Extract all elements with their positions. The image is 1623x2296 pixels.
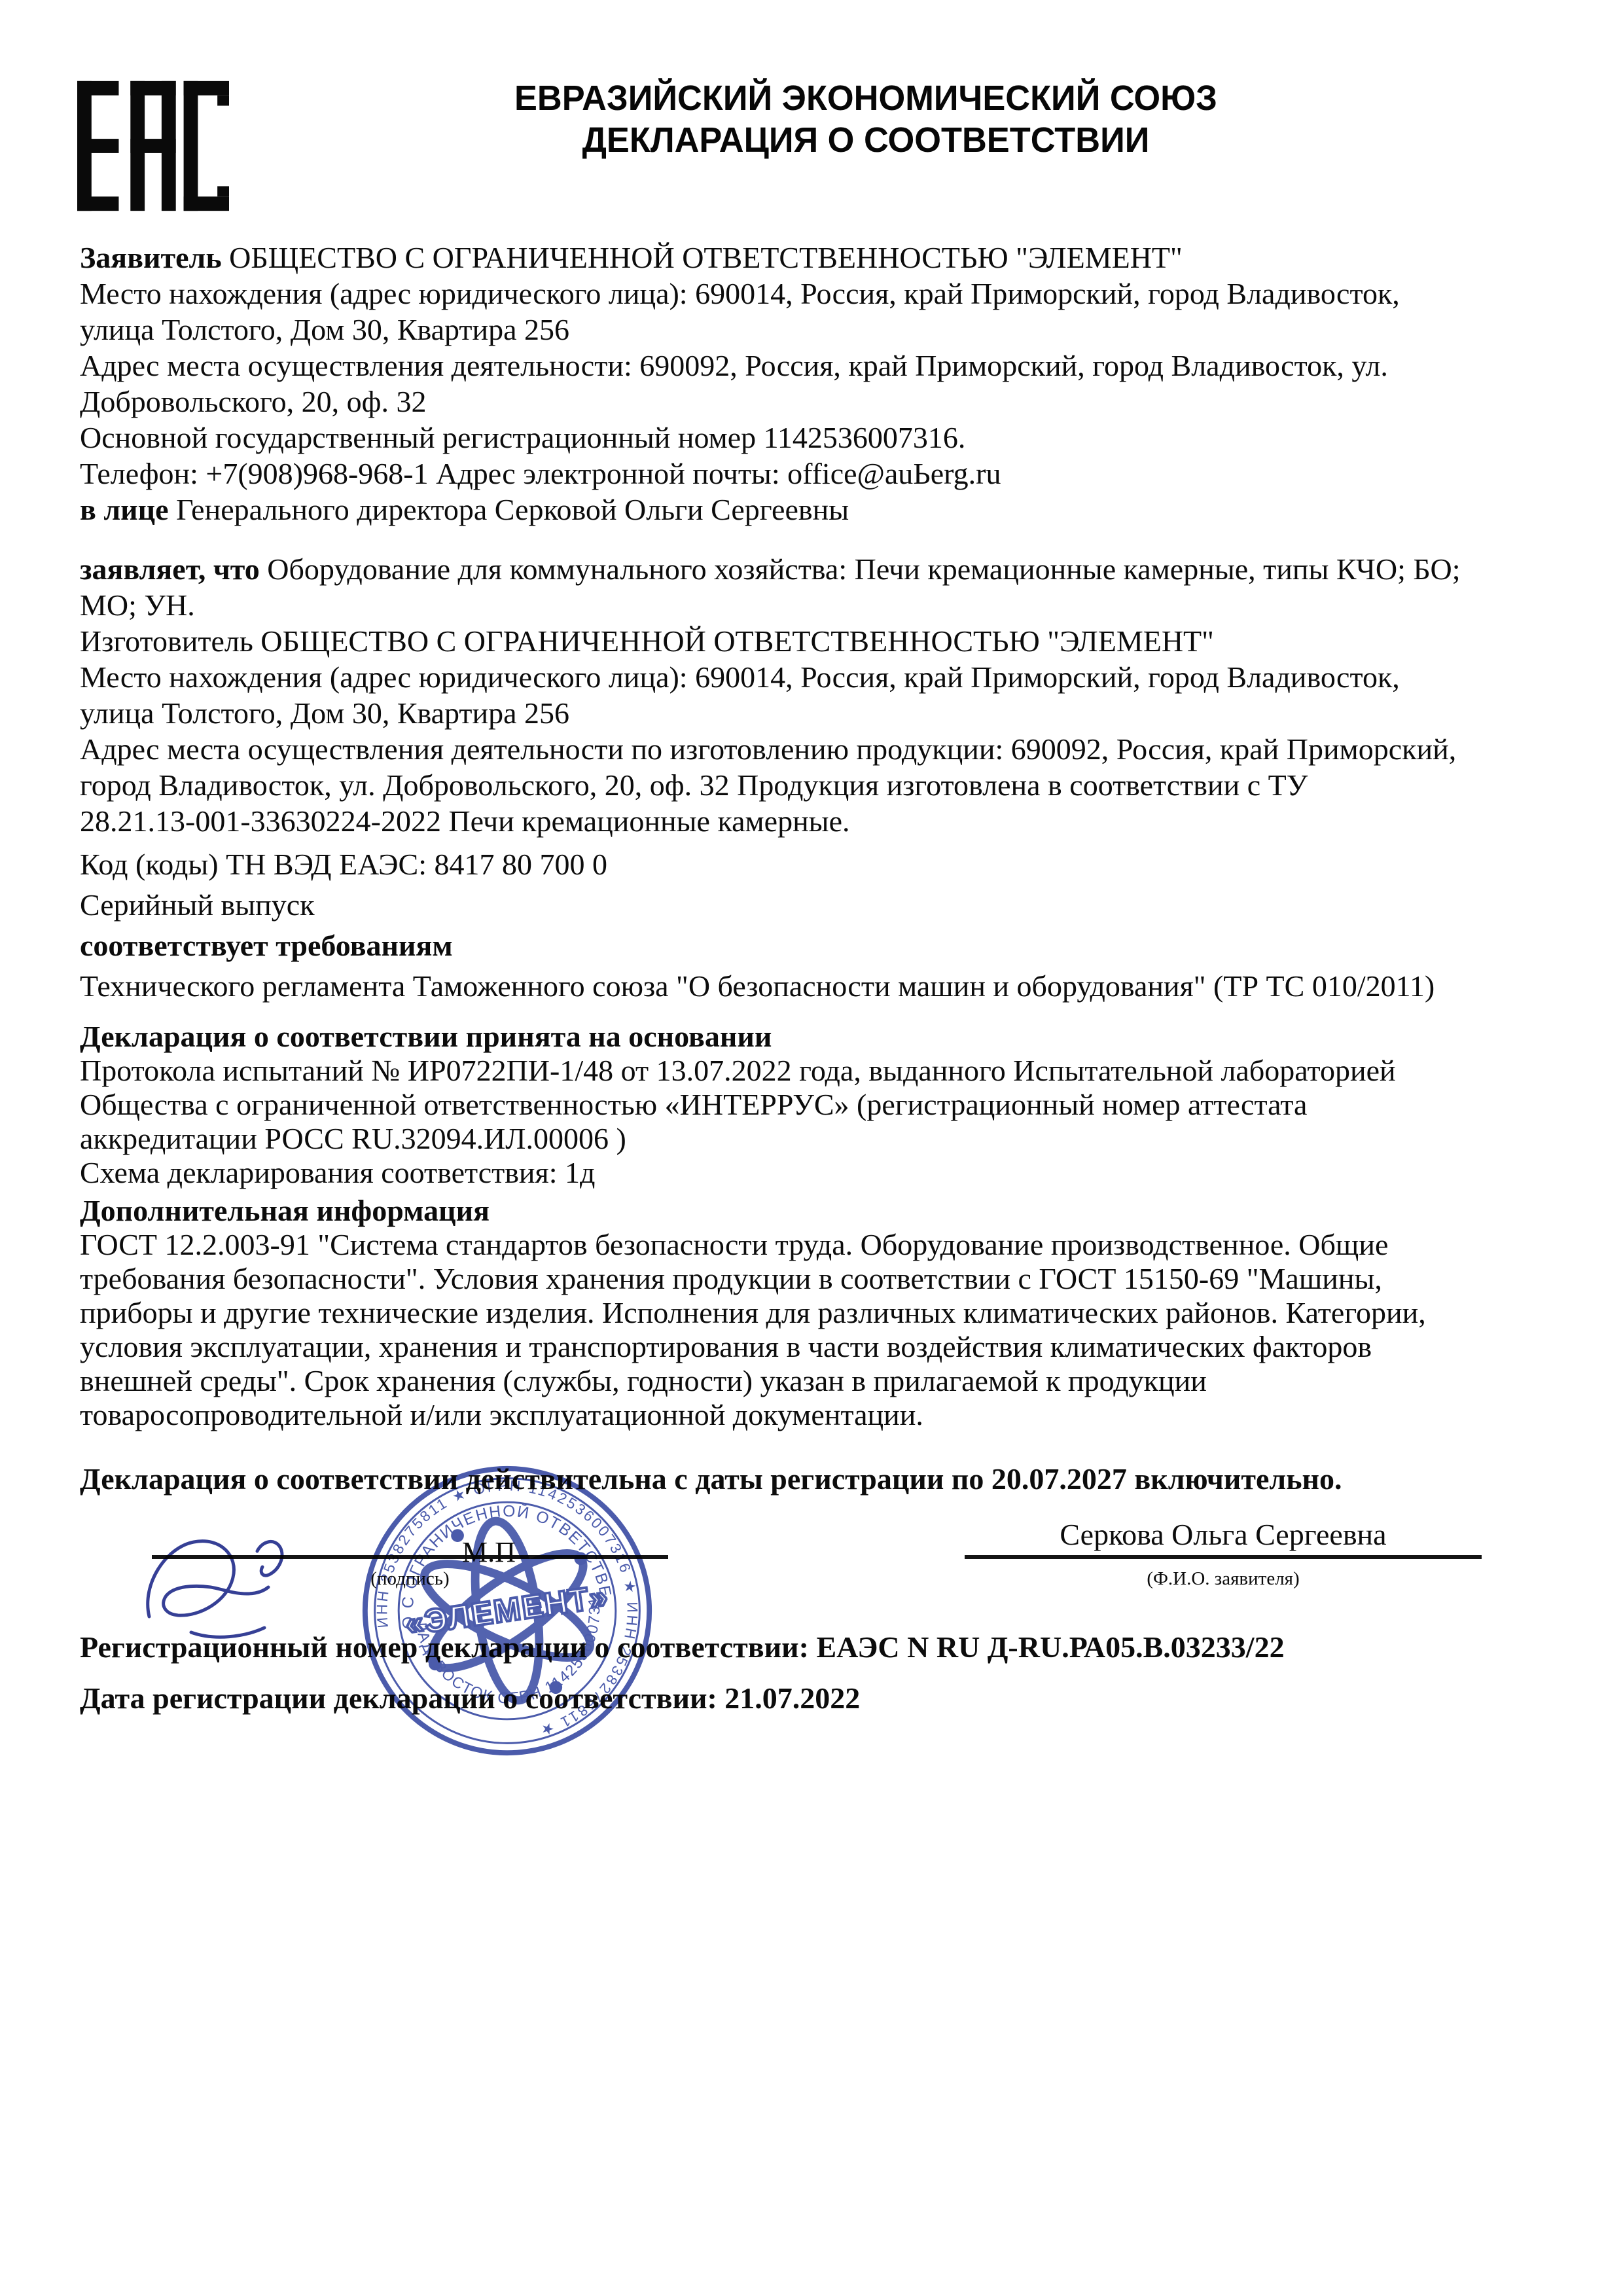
additional-info-section: Дополнительная информация ГОСТ 12.2.003-… xyxy=(80,1194,1546,1432)
text-line: Протокола испытаний № ИР0722ПИ-1/48 от 1… xyxy=(80,1054,1546,1088)
text-line: товаросопроводительной и/или эксплуатаци… xyxy=(80,1398,1546,1432)
text-line: 28.21.13-001-33630224-2022 Печи кремацио… xyxy=(80,803,1546,839)
eac-logo xyxy=(77,80,229,212)
text-line: Место нахождения (адрес юридического лиц… xyxy=(80,276,1546,312)
document-title: ЕВРАЗИЙСКИЙ ЭКОНОМИЧЕСКИЙ СОЮЗ ДЕКЛАРАЦИ… xyxy=(317,77,1415,161)
text-line: Адрес места осуществления деятельности: … xyxy=(80,348,1546,384)
declares-text: Оборудование для коммунального хозяйства… xyxy=(260,552,1461,586)
declares-line-2: МО; УН. xyxy=(80,587,1546,623)
eac-letters xyxy=(77,81,229,211)
text-line: условия эксплуатации, хранения и транспо… xyxy=(80,1330,1546,1364)
text-line: Изготовитель ОБЩЕСТВО С ОГРАНИЧЕННОЙ ОТВ… xyxy=(80,623,1546,659)
fio-caption: (Ф.И.О. заявителя) xyxy=(965,1568,1482,1590)
in-person-line: в лице Генерального директора Серковой О… xyxy=(80,492,1546,528)
in-person-label: в лице xyxy=(80,493,169,526)
text-line: Телефон: +7(908)968-968-1 Адрес электрон… xyxy=(80,456,1546,492)
text-line: требования безопасности". Условия хранен… xyxy=(80,1262,1546,1296)
applicant-details: Место нахождения (адрес юридического лиц… xyxy=(80,276,1546,492)
handwritten-signature xyxy=(128,1511,318,1668)
applicant-section: Заявитель ОБЩЕСТВО С ОГРАНИЧЕННОЙ ОТВЕТС… xyxy=(80,240,1546,528)
text-line: приборы и другие технические изделия. Ис… xyxy=(80,1296,1546,1330)
text-line: Адрес места осуществления деятельности п… xyxy=(80,731,1546,767)
applicant-label: Заявитель xyxy=(80,241,222,274)
declares-section: заявляет, что Оборудование для коммуналь… xyxy=(80,551,1546,623)
text-line: Добровольского, 20, оф. 32 xyxy=(80,384,1546,420)
doc-type-title: ДЕКЛАРАЦИЯ О СООТВЕТСТВИИ xyxy=(317,119,1415,161)
text-line: Место нахождения (адрес юридического лиц… xyxy=(80,659,1546,695)
applicant-name: ОБЩЕСТВО С ОГРАНИЧЕННОЙ ОТВЕТСТВЕННОСТЬЮ… xyxy=(222,241,1183,274)
text-line: аккредитации РОСС RU.32094.ИЛ.00006 ) xyxy=(80,1122,1546,1156)
declarant-name: Серкова Ольга Сергеевна xyxy=(965,1517,1482,1552)
additional-heading: Дополнительная информация xyxy=(80,1194,1546,1228)
additional-details: ГОСТ 12.2.003-91 "Система стандартов без… xyxy=(80,1228,1546,1432)
text-line: улица Толстого, Дом 30, Квартира 256 xyxy=(80,312,1546,348)
manufacturer-section: Изготовитель ОБЩЕСТВО С ОГРАНИЧЕННОЙ ОТВ… xyxy=(80,623,1546,839)
basis-details: Протокола испытаний № ИР0722ПИ-1/48 от 1… xyxy=(80,1054,1546,1190)
text-line: Общества с ограниченной ответственностью… xyxy=(80,1088,1546,1122)
applicant-line: Заявитель ОБЩЕСТВО С ОГРАНИЧЕННОЙ ОТВЕТС… xyxy=(80,240,1546,276)
stamp-company-name: «ЭЛЕМЕНТ» xyxy=(403,1578,611,1642)
declares-label: заявляет, что xyxy=(80,552,260,586)
complies-heading: соответствует требованиям xyxy=(80,925,1546,966)
text-line: внешней среды". Срок хранения (службы, г… xyxy=(80,1364,1546,1398)
text-line: улица Толстого, Дом 30, Квартира 256 xyxy=(80,695,1546,731)
union-name: ЕВРАЗИЙСКИЙ ЭКОНОМИЧЕСКИЙ СОЮЗ xyxy=(317,77,1415,119)
serial-line: Серийный выпуск xyxy=(80,885,1546,925)
basis-heading: Декларация о соответствии принята на осн… xyxy=(80,1020,1546,1054)
regulation-line: Технического регламента Таможенного союз… xyxy=(80,966,1546,1007)
in-person-name: Генерального директора Серковой Ольги Се… xyxy=(169,493,849,526)
codes-section: Код (коды) ТН ВЭД ЕАЭС: 8417 80 700 0 Се… xyxy=(80,844,1546,1007)
company-stamp: ИНН 2538275811 ★ ОГРН 1142536007316 ★ ИН… xyxy=(359,1462,656,1759)
declaration-document-page: ЕВРАЗИЙСКИЙ ЭКОНОМИЧЕСКИЙ СОЮЗ ДЕКЛАРАЦИ… xyxy=(0,0,1623,2296)
text-line: Основной государственный регистрационный… xyxy=(80,420,1546,456)
text-line: город Владивосток, ул. Добровольского, 2… xyxy=(80,767,1546,803)
fio-line xyxy=(965,1555,1482,1559)
text-line: Схема декларирования соответствия: 1д xyxy=(80,1156,1546,1190)
basis-section: Декларация о соответствии принята на осн… xyxy=(80,1020,1546,1190)
text-line: ГОСТ 12.2.003-91 "Система стандартов без… xyxy=(80,1228,1546,1262)
validity-line: Декларация о соответствии действительна … xyxy=(80,1461,1546,1497)
declares-line: заявляет, что Оборудование для коммуналь… xyxy=(80,551,1546,587)
manufacturer-details: Изготовитель ОБЩЕСТВО С ОГРАНИЧЕННОЙ ОТВ… xyxy=(80,623,1546,839)
tnved-code-line: Код (коды) ТН ВЭД ЕАЭС: 8417 80 700 0 xyxy=(80,844,1546,885)
